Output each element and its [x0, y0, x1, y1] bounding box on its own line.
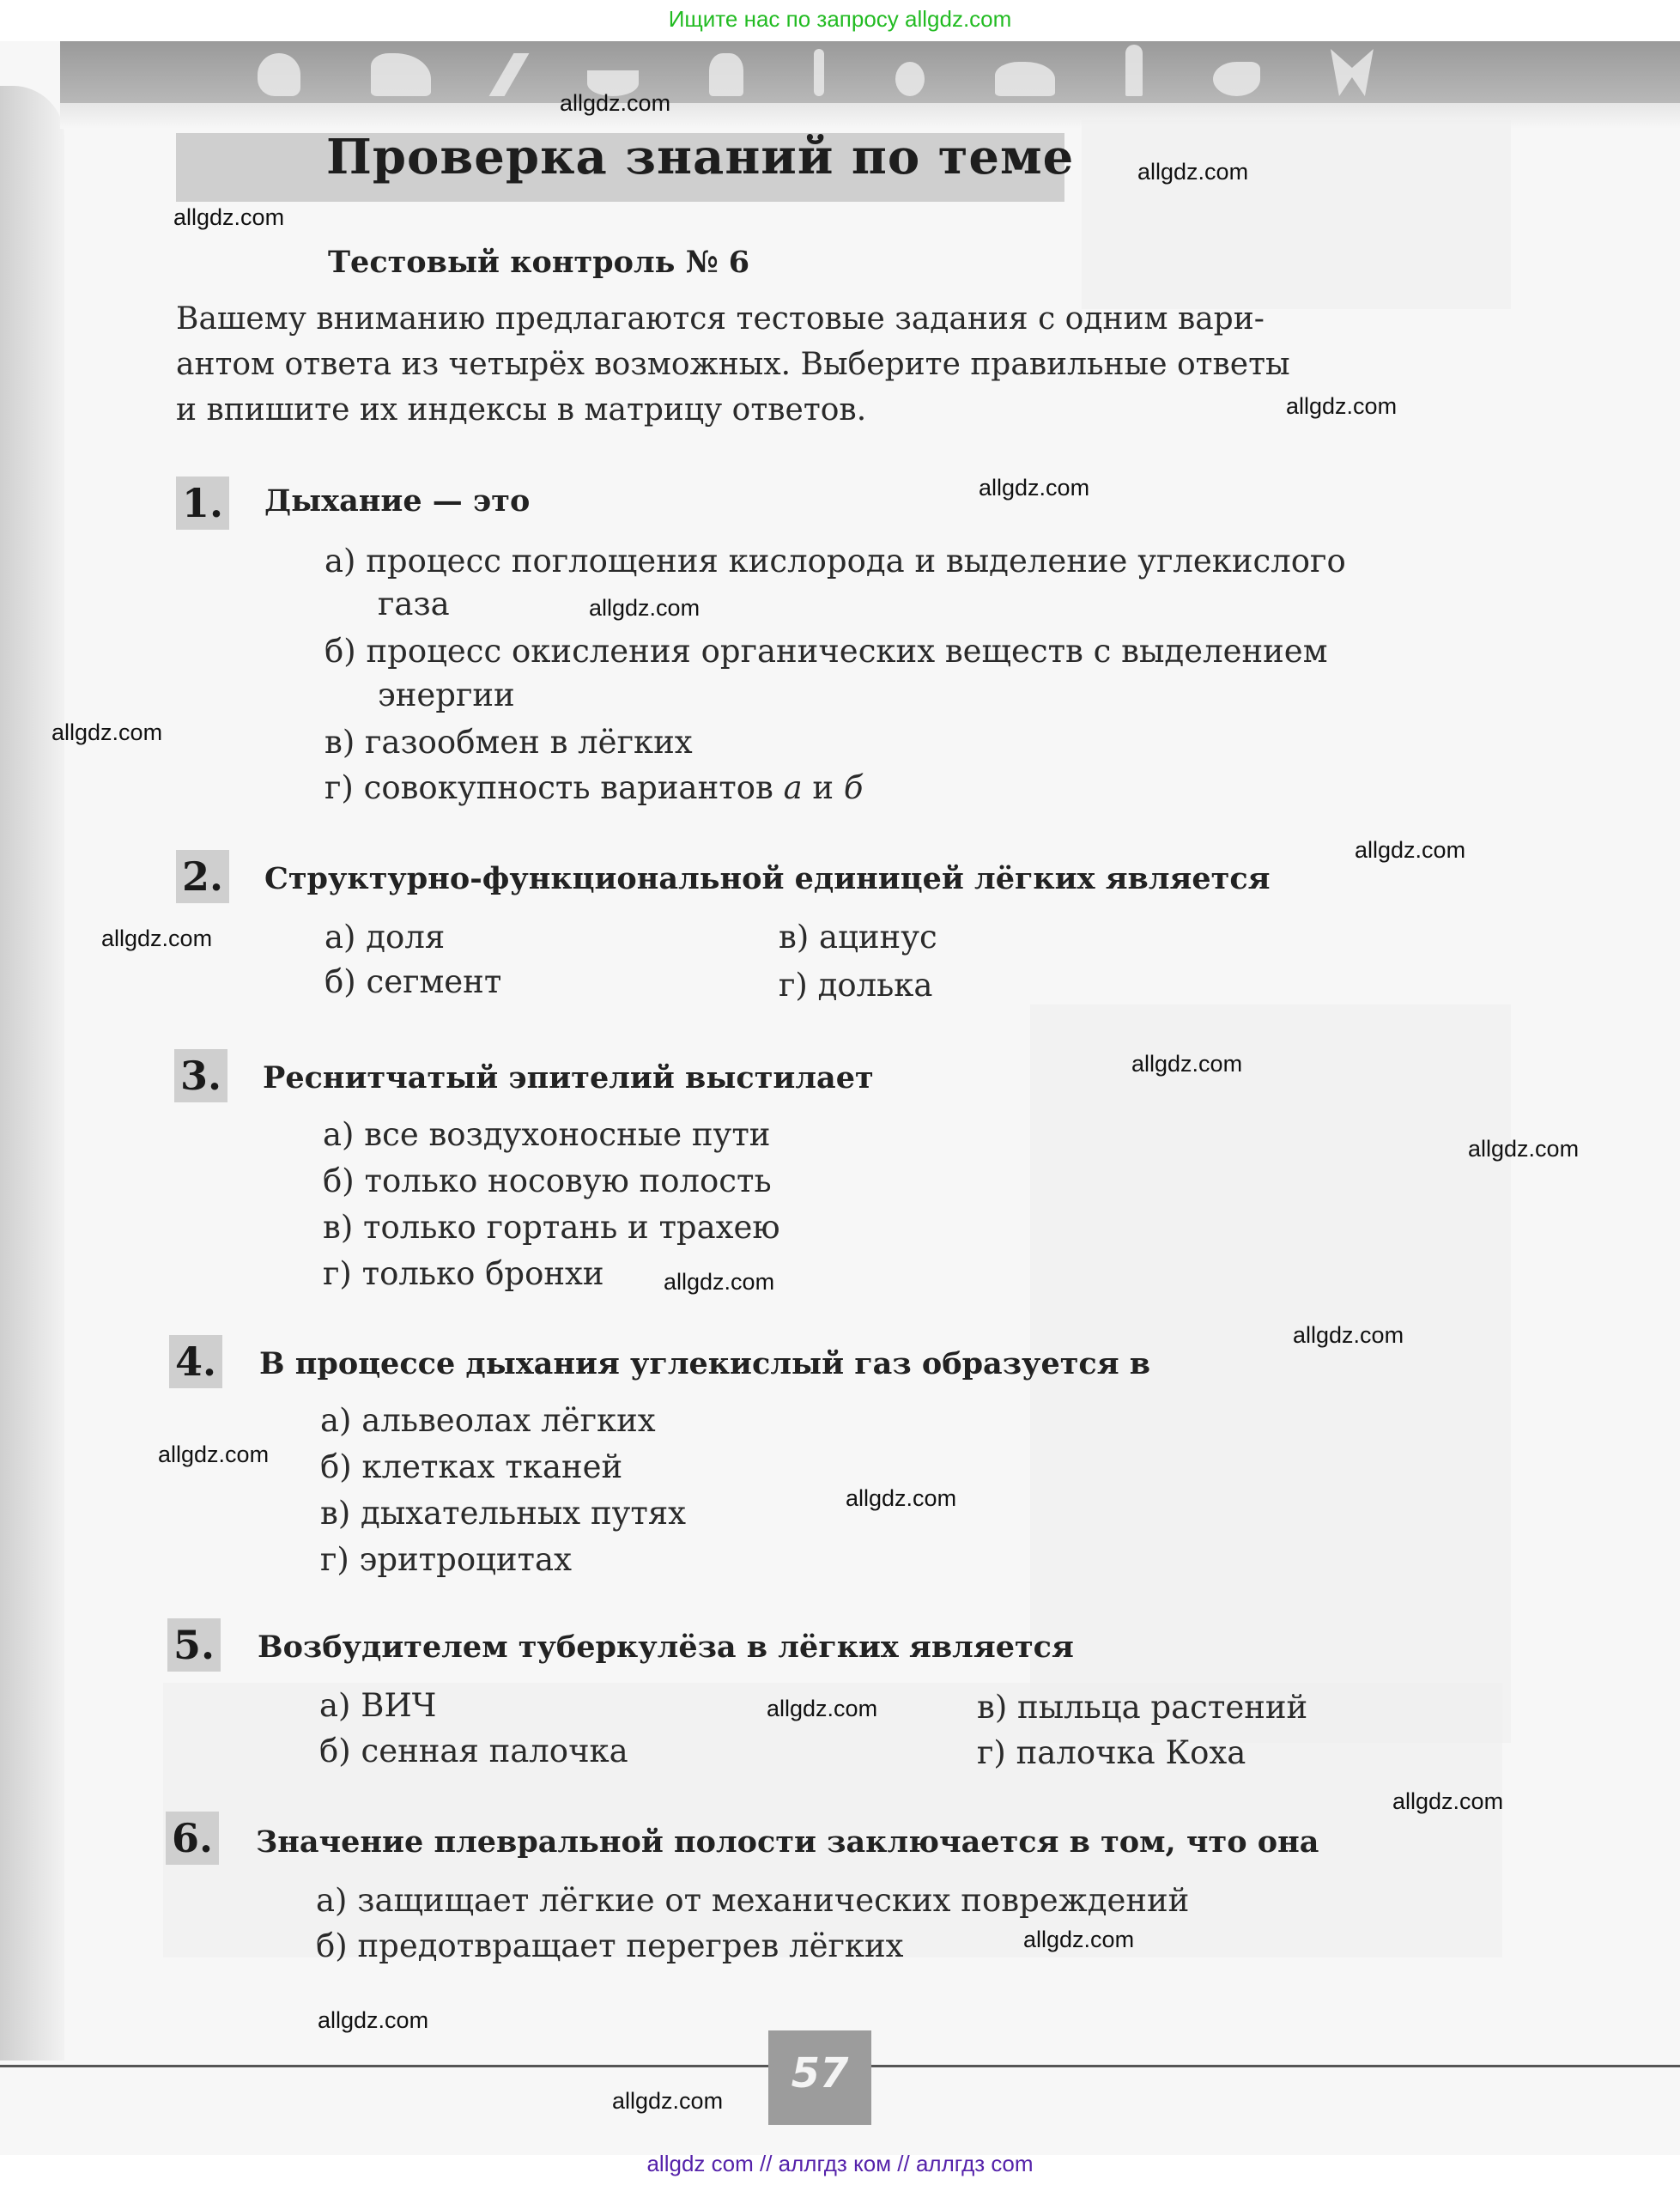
question-number: 2.: [176, 850, 229, 903]
watermark[interactable]: allgdz.com: [1392, 1788, 1503, 1815]
watermark[interactable]: allgdz.com: [158, 1441, 269, 1468]
watermark[interactable]: allgdz.com: [979, 475, 1089, 501]
book-spine: [0, 86, 64, 2061]
worm-icon: [814, 49, 824, 96]
question-number: 6.: [166, 1812, 219, 1865]
option: г) эритроцитах: [320, 1541, 572, 1578]
top-banner[interactable]: Ищите нас по запросу allgdz.com: [0, 0, 1680, 39]
watermark[interactable]: allgdz.com: [1355, 837, 1465, 864]
watermark[interactable]: allgdz.com: [767, 1696, 877, 1722]
option: а) альвеолах лёгких: [320, 1402, 656, 1439]
butterfly-icon: [1331, 49, 1374, 96]
watermark[interactable]: allgdz.com: [101, 926, 212, 952]
option: а) доля: [324, 919, 445, 956]
seahorse-icon: [258, 53, 300, 96]
watermark[interactable]: allgdz.com: [173, 204, 284, 231]
test-subtitle: Тестовый контроль № 6: [328, 245, 749, 280]
question-number: 4.: [169, 1335, 222, 1388]
watermark[interactable]: allgdz.com: [846, 1485, 956, 1512]
watermark[interactable]: allgdz.com: [1137, 159, 1248, 185]
option: в) газообмен в лёгких: [324, 724, 693, 761]
bleed-through: [1082, 120, 1511, 309]
option: б) сегмент: [324, 963, 501, 1000]
option: б) только носовую полость: [323, 1162, 772, 1199]
flower-icon: [895, 62, 925, 96]
question-text: Возбудителем туберкулёза в лёгких являет…: [258, 1630, 1074, 1665]
crane-icon: [1125, 45, 1143, 96]
hare-icon: [1213, 62, 1260, 96]
question-text: Дыхание — это: [264, 483, 530, 519]
option-cont: газа: [378, 586, 450, 622]
option: а) защищает лёгкие от механических повре…: [316, 1882, 1189, 1919]
watermark[interactable]: allgdz.com: [1286, 393, 1397, 420]
option: а) процесс поглощения кислорода и выделе…: [324, 543, 1346, 580]
option: г) совокупность вариантов а и б: [324, 769, 863, 806]
watermark[interactable]: allgdz.com: [52, 719, 162, 746]
option: б) клетках тканей: [320, 1448, 622, 1485]
watermark[interactable]: allgdz.com: [318, 2007, 428, 2034]
option: в) ацинус: [779, 919, 937, 956]
horse-icon: [371, 53, 431, 96]
question-text: В процессе дыхания углекислый газ образу…: [259, 1346, 1150, 1381]
question-number: 1.: [176, 476, 229, 530]
question-number: 3.: [174, 1049, 227, 1102]
option: г) только бронхи: [323, 1255, 604, 1292]
watermark[interactable]: allgdz.com: [612, 2088, 723, 2115]
question-number: 5.: [167, 1618, 221, 1672]
watermark[interactable]: allgdz.com: [1131, 1051, 1242, 1077]
option: в) только гортань и трахею: [323, 1209, 780, 1246]
option: б) предотвращает перегрев лёгких: [316, 1927, 904, 1964]
watermark[interactable]: allgdz.com: [1293, 1322, 1404, 1349]
question-text: Структурно-функциональной единицей лёгки…: [264, 861, 1271, 896]
intro-line: Вашему вниманию предлагаются тестовые за…: [176, 296, 1502, 342]
squirrel-icon: [709, 53, 743, 96]
watermark[interactable]: allgdz.com: [1468, 1136, 1579, 1162]
option: в) пыльца растений: [977, 1689, 1307, 1726]
intro-line: антом ответа из четырёх возможных. Выбер…: [176, 342, 1502, 387]
option: б) процесс окисления органических вещест…: [324, 633, 1327, 670]
option: в) дыхательных путях: [320, 1495, 686, 1532]
option: б) сенная палочка: [319, 1733, 628, 1769]
question-text: Значение плевральной полости заключается…: [256, 1824, 1319, 1860]
watermark[interactable]: allgdz.com: [560, 90, 670, 117]
option: г) палочка Коха: [977, 1734, 1246, 1771]
page-number: 57: [768, 2030, 871, 2125]
animal-icon: [995, 62, 1055, 96]
lizard-icon: [489, 53, 530, 96]
animal-silhouettes: [258, 43, 1374, 96]
option: а) ВИЧ: [319, 1687, 436, 1724]
question-text: Реснитчатый эпителий выстилает: [263, 1060, 874, 1096]
page-title: Проверка знаний по теме: [326, 129, 1074, 185]
watermark[interactable]: allgdz.com: [589, 595, 700, 622]
watermark[interactable]: allgdz.com: [1023, 1927, 1134, 1953]
option-cont: энергии: [378, 677, 515, 713]
option: а) все воздухоносные пути: [323, 1116, 770, 1153]
option: г) долька: [779, 967, 932, 1004]
footer-links[interactable]: allgdz com // аллгдз ком // аллгдз com: [0, 2151, 1680, 2177]
watermark[interactable]: allgdz.com: [664, 1269, 774, 1296]
